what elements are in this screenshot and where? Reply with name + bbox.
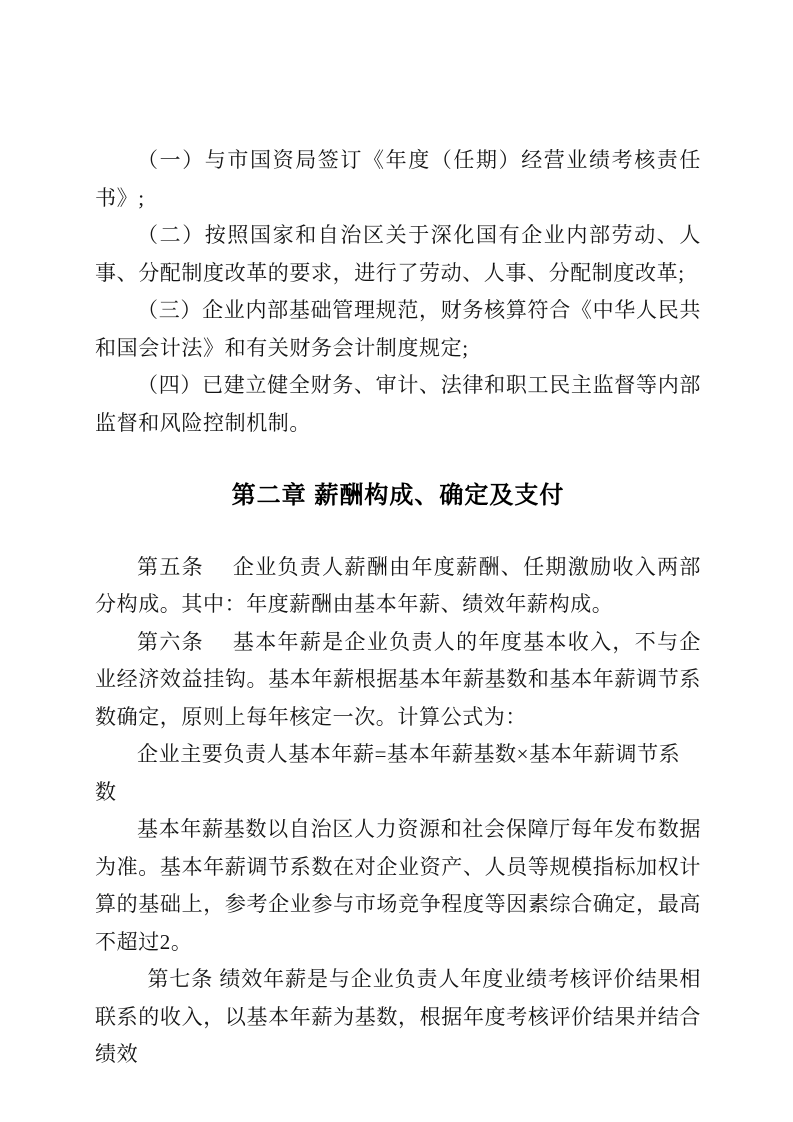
clause-item-2: （二）按照国家和自治区关于深化国有企业内部劳动、人事、分配制度改革的要求，进行了…	[95, 217, 701, 292]
salary-formula-line: 企业主要负责人基本年薪=基本年薪基数×基本年薪调节系数	[95, 736, 701, 811]
paragraph-article-7: 第七条 绩效年薪是与企业负责人年度业绩考核评价结果相联系的收入，以基本年薪为基数…	[95, 961, 701, 1074]
paragraph-article-5: 第五条 企业负责人薪酬由年度薪酬、任期激励收入两部分构成。其中：年度薪酬由基本年…	[95, 549, 701, 624]
document-content: （一）与市国资局签订《年度（任期）经营业绩考核责任书》; （二）按照国家和自治区…	[95, 142, 701, 1074]
clause-item-1: （一）与市国资局签订《年度（任期）经营业绩考核责任书》;	[95, 142, 701, 217]
paragraph-base-salary-detail: 基本年薪基数以自治区人力资源和社会保障厅每年发布数据为准。基本年薪调节系数在对企…	[95, 811, 701, 961]
document-page: （一）与市国资局签订《年度（任期）经营业绩考核责任书》; （二）按照国家和自治区…	[0, 0, 793, 1122]
clause-item-3: （三）企业内部基础管理规范，财务核算符合《中华人民共和国会计法》和有关财务会计制…	[95, 292, 701, 367]
chapter-heading: 第二章 薪酬构成、确定及支付	[95, 477, 701, 515]
clause-item-4: （四）已建立健全财务、审计、法律和职工民主监督等内部监督和风险控制机制。	[95, 367, 701, 442]
paragraph-article-6: 第六条 基本年薪是企业负责人的年度基本收入，不与企业经济效益挂钩。基本年薪根据基…	[95, 624, 701, 737]
